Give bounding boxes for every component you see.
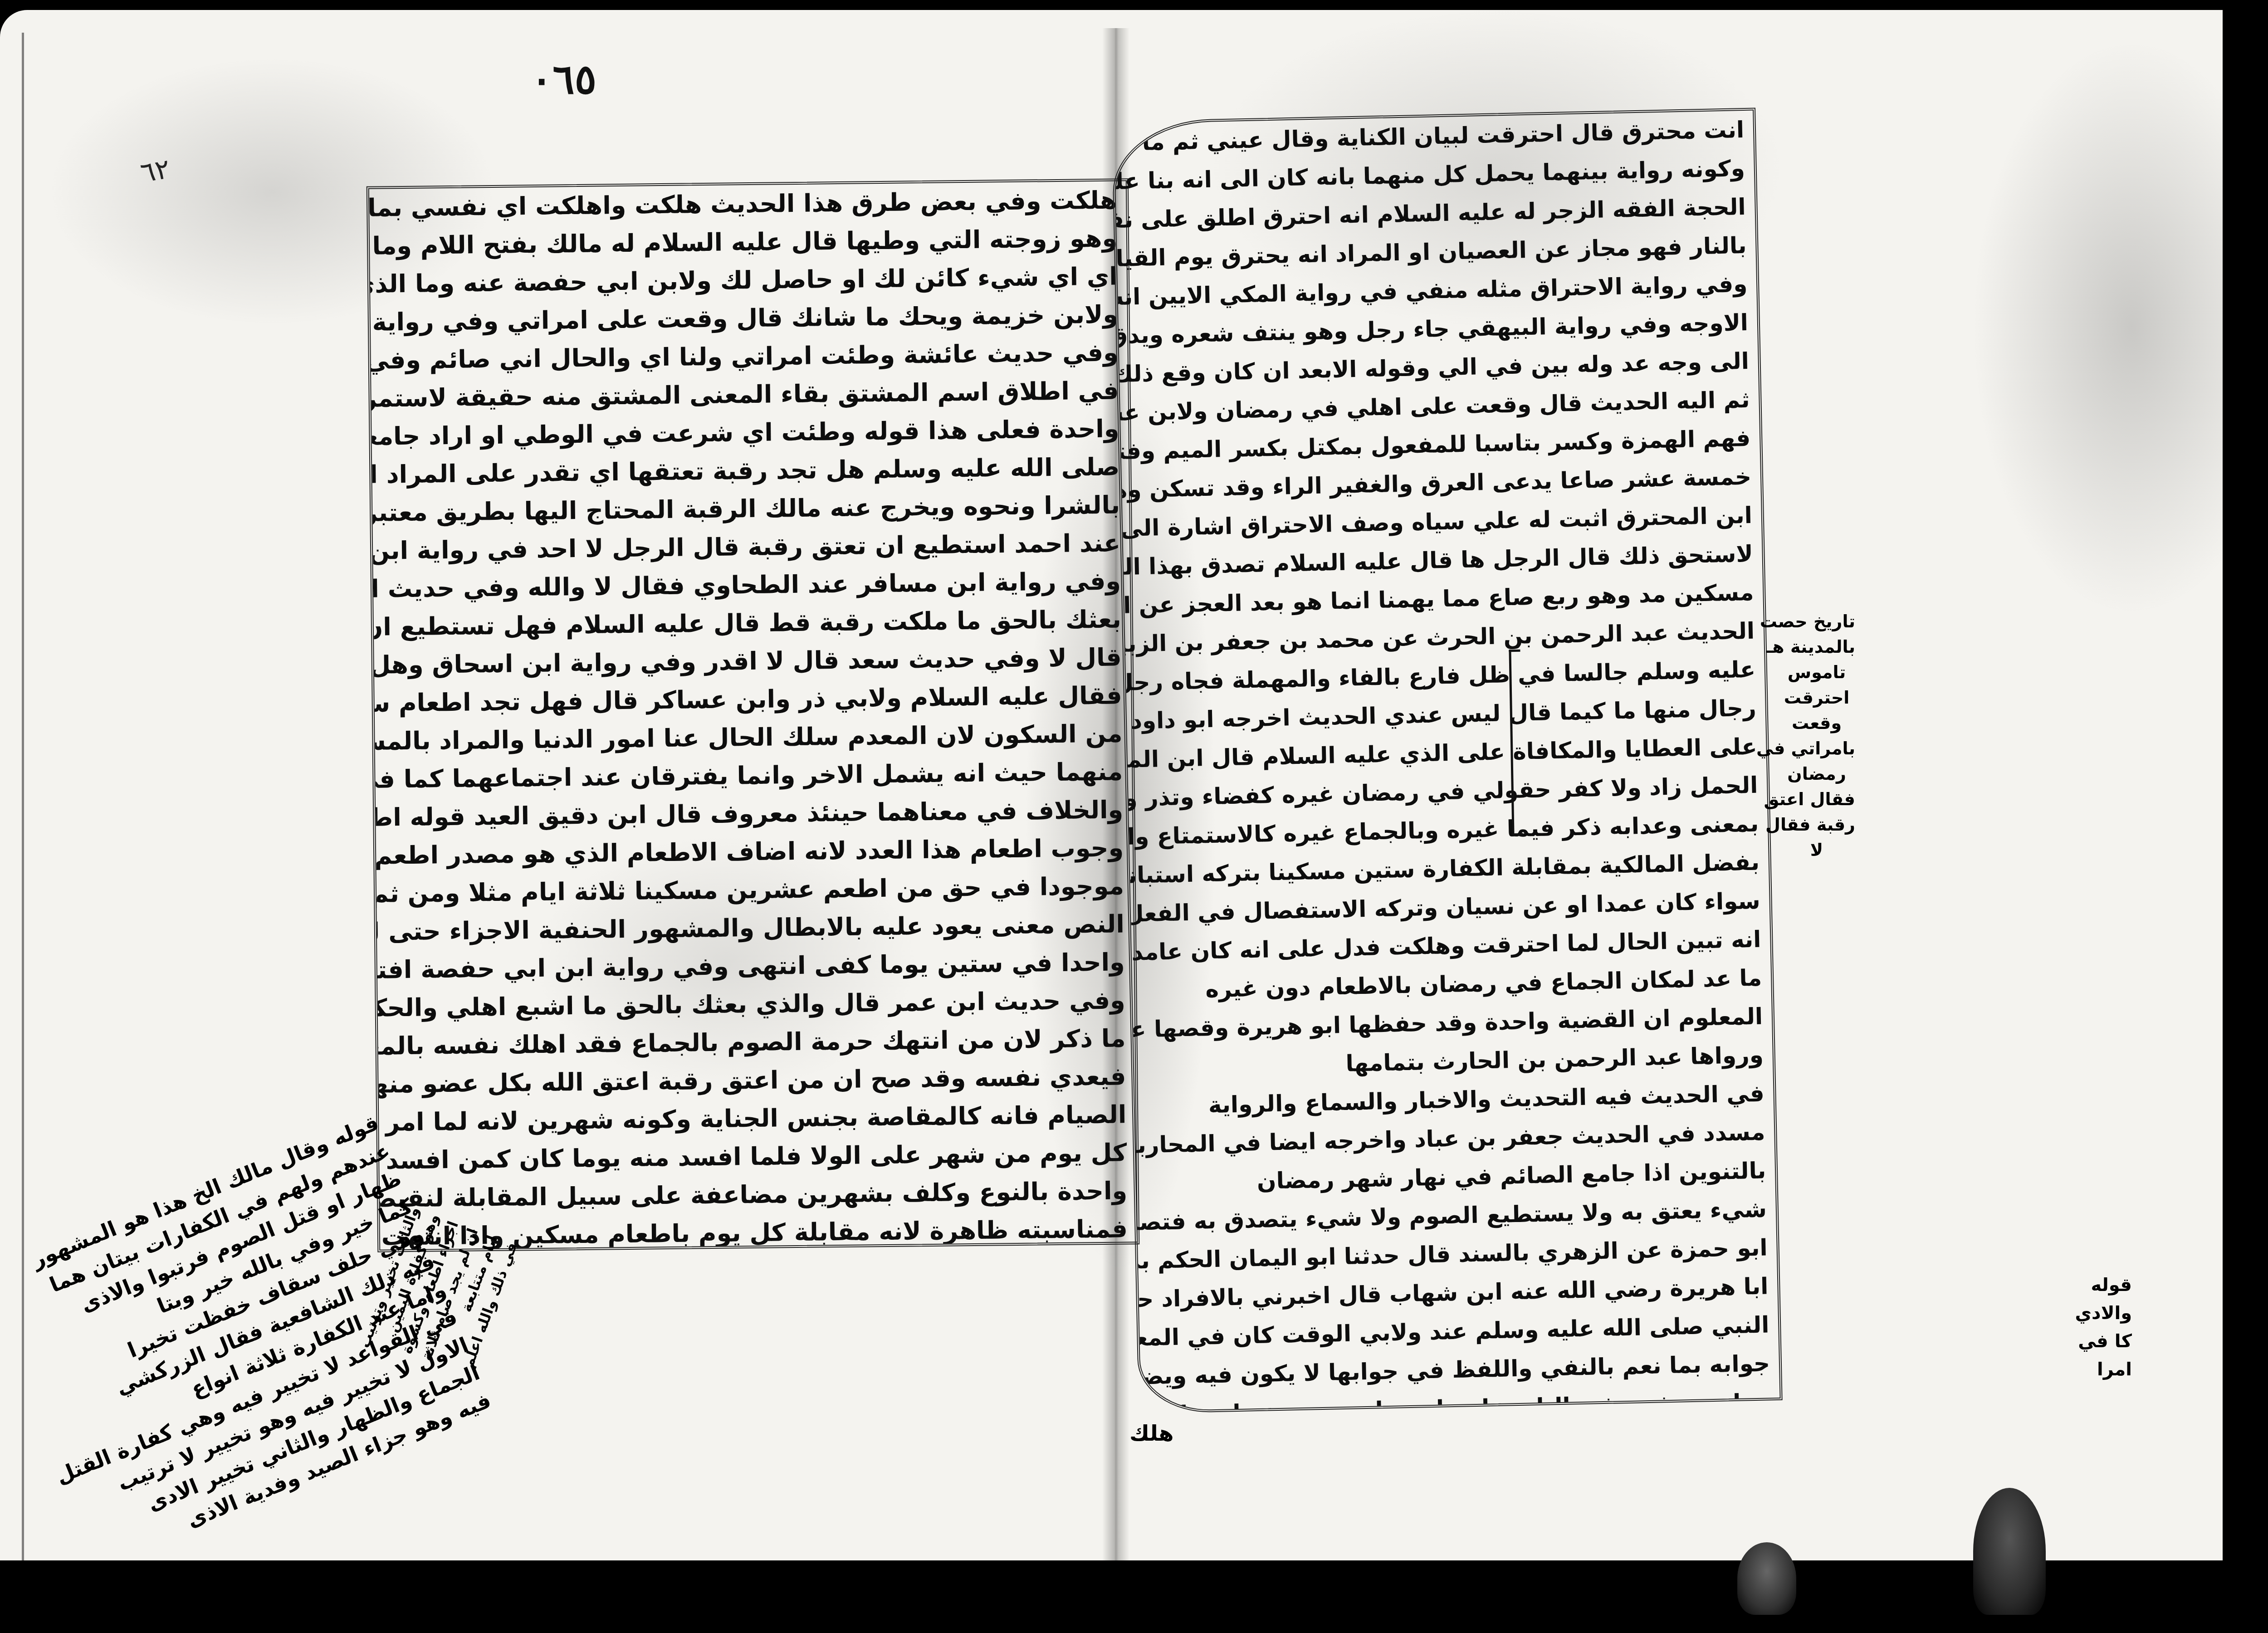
manuscript-spread: ٠٦٥ ٦٢ هلكت وفي بعض طرق هذا الحديث هلكت … [0, 10, 2223, 1570]
left-page-edge [22, 33, 24, 1575]
text-line: والادي [2077, 1299, 2132, 1327]
thumb [1973, 1488, 2046, 1615]
text-line: تاريخ حصت [1778, 609, 1855, 634]
text-line: تاموس [1778, 660, 1855, 685]
margin-note-right: تاريخ حصتبالمدينة هـتاموساحترقتوقعتبامرا… [1778, 609, 1855, 863]
catchword: هلك [1129, 1421, 1174, 1446]
text-line: كا في [2077, 1327, 2132, 1355]
text-line: لا [1778, 837, 1855, 863]
text-line: رمضان [1778, 761, 1855, 787]
text-line: قوله [2077, 1271, 2132, 1299]
text-line: من السكون لان المعدم سلك الحال عنا امور … [375, 714, 1132, 760]
text-line: وقعت [1778, 710, 1855, 736]
right-page-text-block: انت محترق قال احترقت لبيان الكناية وقال … [1111, 108, 1782, 1413]
text-line: بالمدينة هـ [1778, 634, 1855, 660]
text-line: رقبة فقال [1778, 812, 1855, 837]
scan-border-bottom [0, 1560, 2268, 1633]
finger [1737, 1542, 1796, 1615]
left-page-text-block: هلكت وفي بعض طرق هذا الحديث هلكت واهلكت … [367, 178, 1140, 1252]
scan-border-right [2223, 27, 2268, 1388]
text-line: فقال اعتق [1778, 787, 1855, 812]
margin-note-far-right: قولهوالاديكا فيامرا [2077, 1271, 2132, 1384]
text-line: بامراتي في [1778, 736, 1855, 761]
folio-number: ٠٦٥ [531, 55, 596, 103]
text-line: احترقت [1778, 685, 1855, 710]
text-line: اي اي شيء كائن لك او حاصل لك ولابن ابي ح… [370, 257, 1127, 303]
text-line: واحدا في ستين يوما كفى انتهى وفي رواية ا… [377, 943, 1134, 989]
text-line: امرا [2077, 1355, 2132, 1384]
text-line: الصيام فانه كالمقاصة بجنس الجناية وكونه … [379, 1095, 1136, 1141]
old-folio-number: ٦٢ [138, 153, 172, 189]
